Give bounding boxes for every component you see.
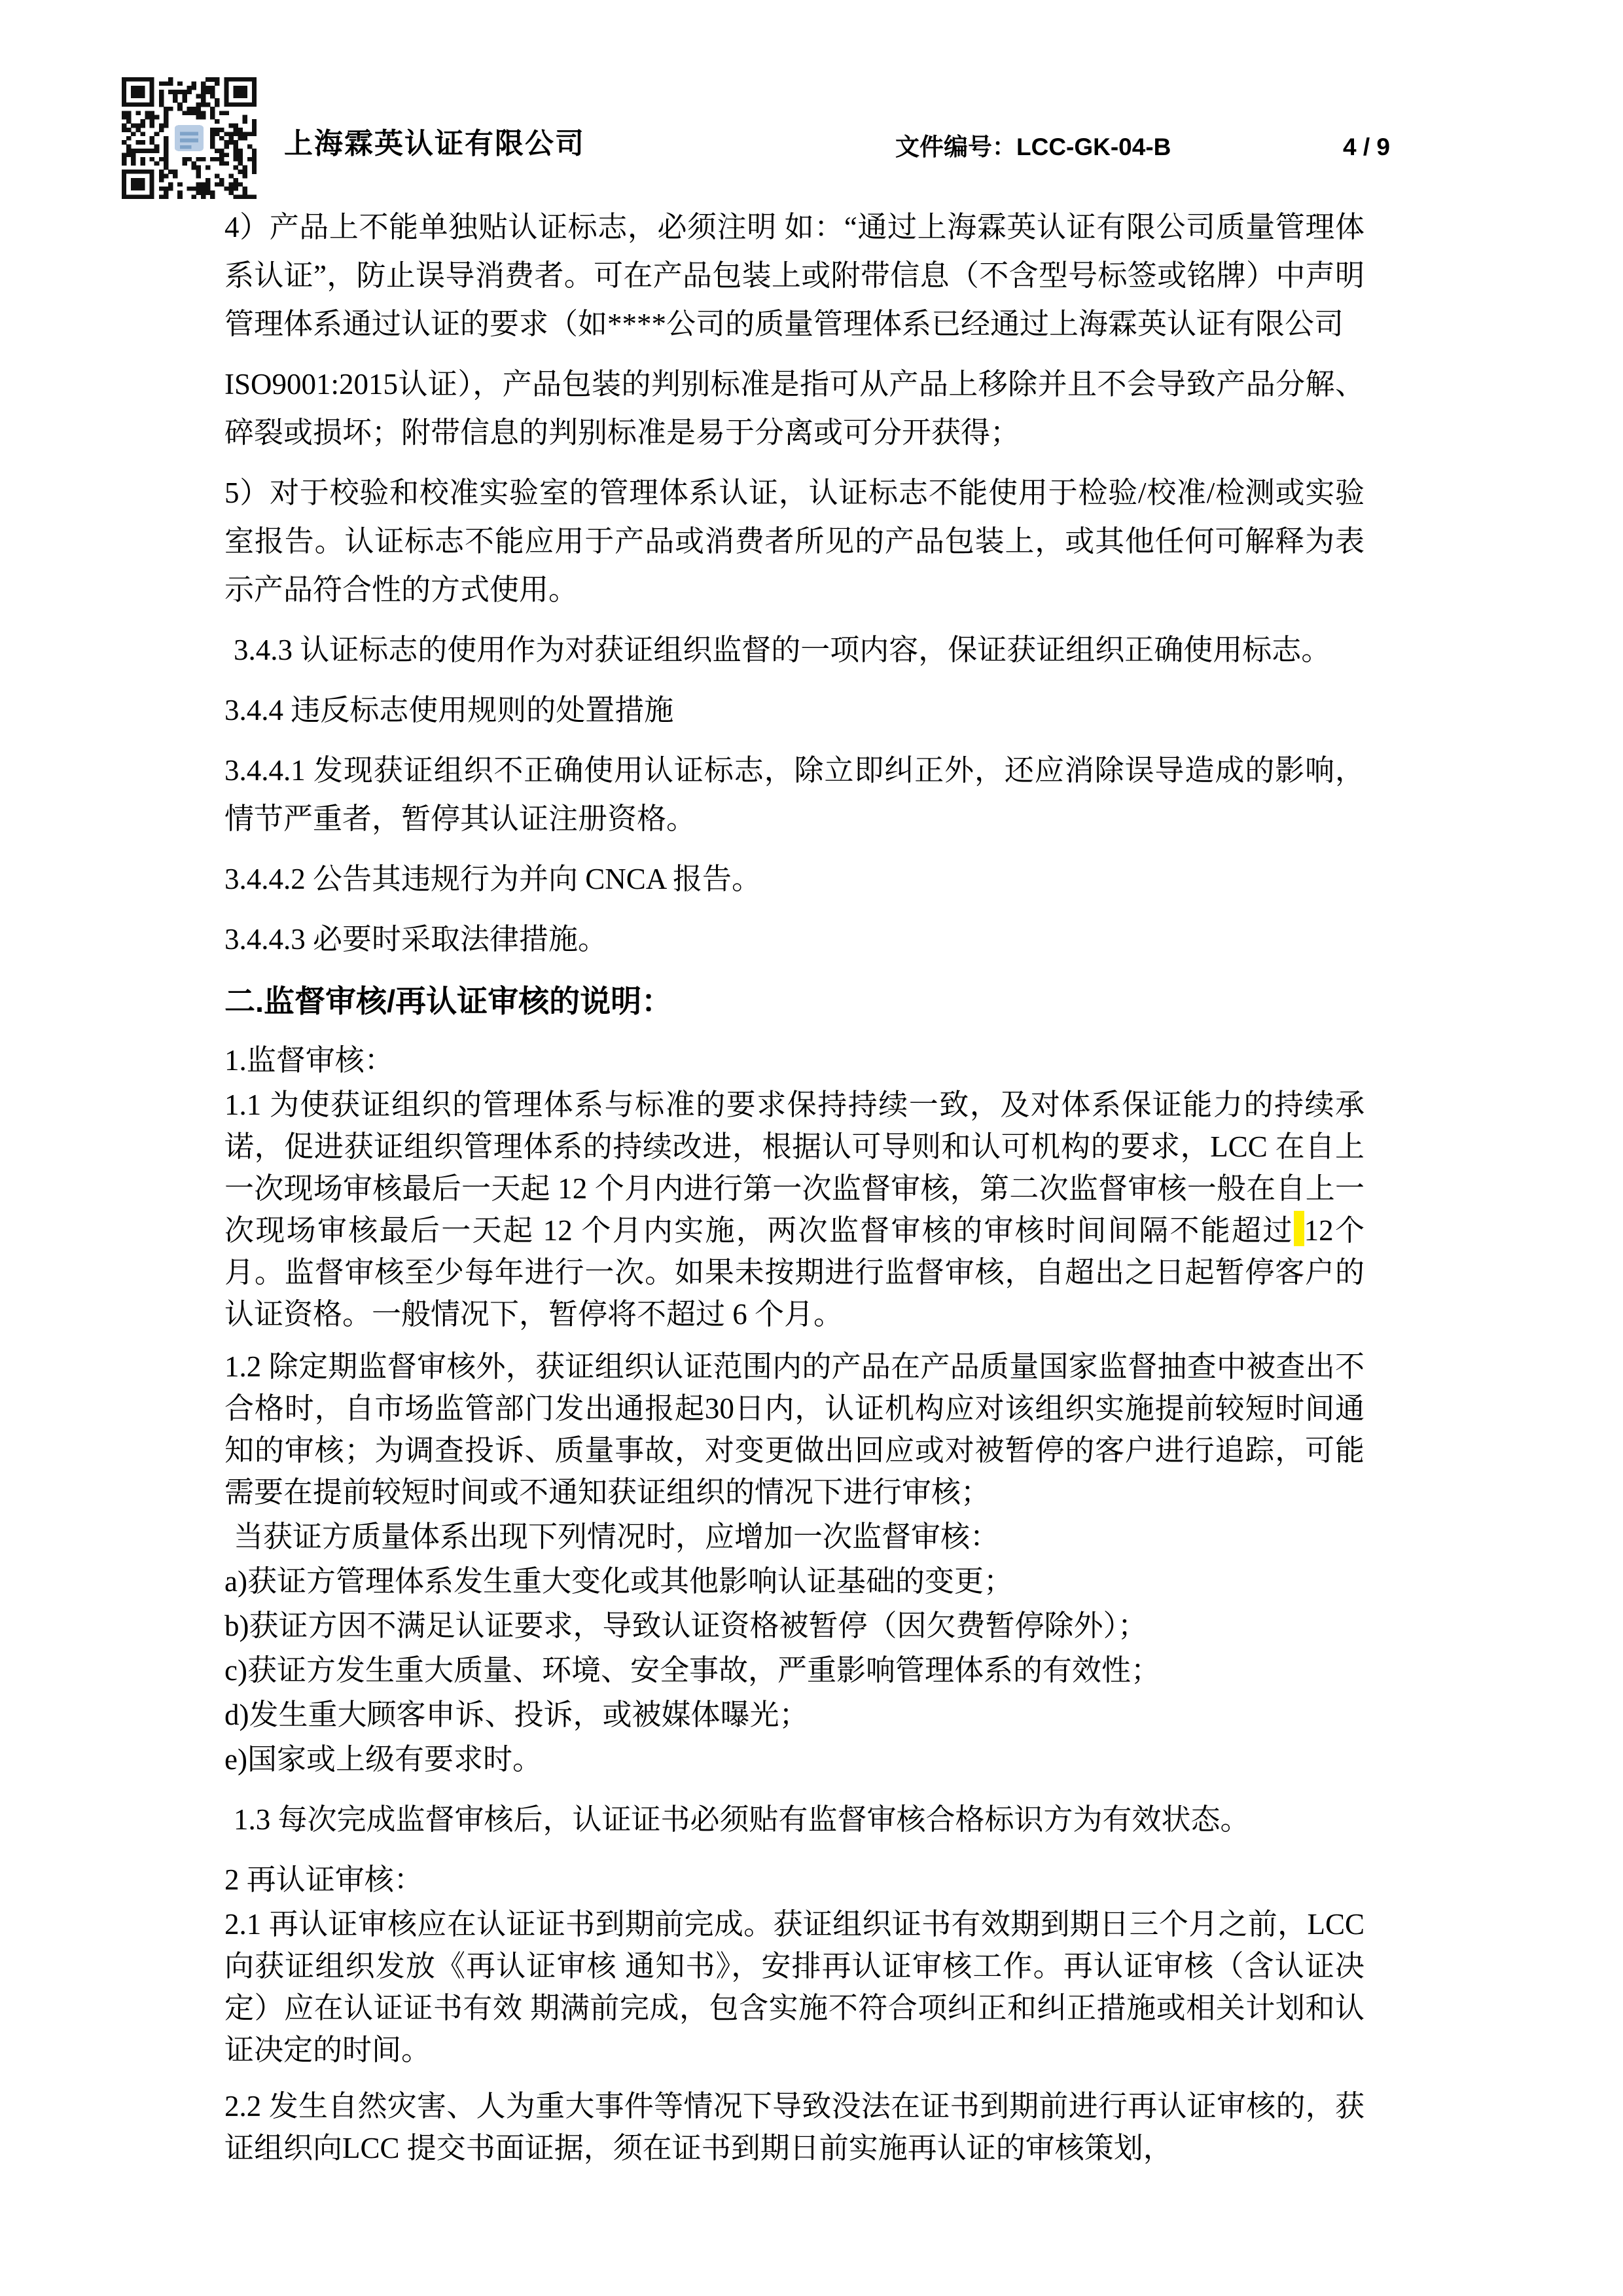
doc-number: 文件编号：LCC-GK-04-B xyxy=(895,135,1171,159)
clause-1-1: 1.1 为使获证组织的管理体系与标准的要求保持持续一致，及对体系保证能力的持续承… xyxy=(224,1084,1364,1335)
clause-1-supervision-title: 1.监督审核： xyxy=(224,1039,1364,1081)
paragraph-iso9001: ISO9001:2015认证），产品包装的判别标准是指可从产品上移除并且不会导致… xyxy=(224,360,1364,457)
clause-1-1-text-before: 1.1 为使获证组织的管理体系与标准的要求保持持续一致，及对体系保证能力的持续承… xyxy=(224,1088,1364,1247)
document-page: 上海霖英认证有限公司 文件编号：LCC-GK-04-B 4 / 9 4）产品上不… xyxy=(0,0,1623,2296)
clause-1-3: 1.3 每次完成监督审核后，认证证书必须贴有监督审核合格标识方为有效状态。 xyxy=(224,1799,1364,1840)
list-item-e: e)国家或上级有要求时。 xyxy=(224,1738,1364,1780)
paragraph-item-4: 4）产品上不能单独贴认证标志，必须注明 如：“通过上海霖英认证有限公司质量管理体… xyxy=(224,203,1364,348)
doc-number-label: 文件编号： xyxy=(895,134,1016,160)
company-name: 上海霖英认证有限公司 xyxy=(284,130,585,158)
clause-3-4-4: 3.4.4 违反标志使用规则的处置措施 xyxy=(224,686,1364,734)
list-item-c: c)获证方发生重大质量、环境、安全事故，严重影响管理体系的有效性； xyxy=(224,1649,1364,1691)
list-item-b: b)获证方因不满足认证要求，导致认证资格被暂停（因欠费暂停除外）； xyxy=(224,1605,1364,1647)
clause-3-4-4-2: 3.4.4.2 公告其违规行为并向 CNCA 报告。 xyxy=(224,855,1364,903)
doc-number-code: LCC-GK-04-B xyxy=(1016,134,1171,160)
paragraph-item-5: 5）对于校验和校准实验室的管理体系认证，认证标志不能使用于检验/校准/检测或实验… xyxy=(224,469,1364,614)
clause-3-4-4-1: 3.4.4.1 发现获证组织不正确使用认证标志，除立即纠正外，还应消除误导造成的… xyxy=(224,746,1364,843)
section-heading-supervision: 二.监督审核/再认证审核的说明： xyxy=(224,980,1364,1022)
clause-3-4-4-3: 3.4.4.3 必要时采取法律措施。 xyxy=(224,915,1364,963)
list-item-a: a)获证方管理体系发生重大变化或其他影响认证基础的变更； xyxy=(224,1560,1364,1602)
list-item-d: d)发生重大顾客申诉、投诉，或被媒体曝光； xyxy=(224,1694,1364,1736)
qr-code xyxy=(122,77,257,199)
clause-2-recert-title: 2 再认证审核： xyxy=(224,1859,1364,1901)
qr-code-image xyxy=(122,77,257,199)
clause-2-1: 2.1 再认证审核应在认证证书到期前完成。获证组织证书有效期到期日三个月之前，L… xyxy=(224,1903,1364,2071)
page-number: 4 / 9 xyxy=(1343,135,1390,159)
clause-1-2-list-intro: 当获证方质量体系出现下列情况时，应增加一次监督审核： xyxy=(224,1516,1364,1558)
document-body: 4）产品上不能单独贴认证标志，必须注明 如：“通过上海霖英认证有限公司质量管理体… xyxy=(224,191,1364,2172)
clause-2-2: 2.2 发生自然灾害、人为重大事件等情况下导致没法在证书到期前进行再认证审核的，… xyxy=(224,2085,1364,2169)
clause-3-4-3: 3.4.3 认证标志的使用作为对获证组织监督的一项内容，保证获证组织正确使用标志… xyxy=(224,626,1364,674)
clause-1-2: 1.2 除定期监督审核外，获证组织认证范围内的产品在产品质量国家监督抽查中被查出… xyxy=(224,1346,1364,1513)
yellow-highlight-mark xyxy=(1294,1211,1304,1246)
